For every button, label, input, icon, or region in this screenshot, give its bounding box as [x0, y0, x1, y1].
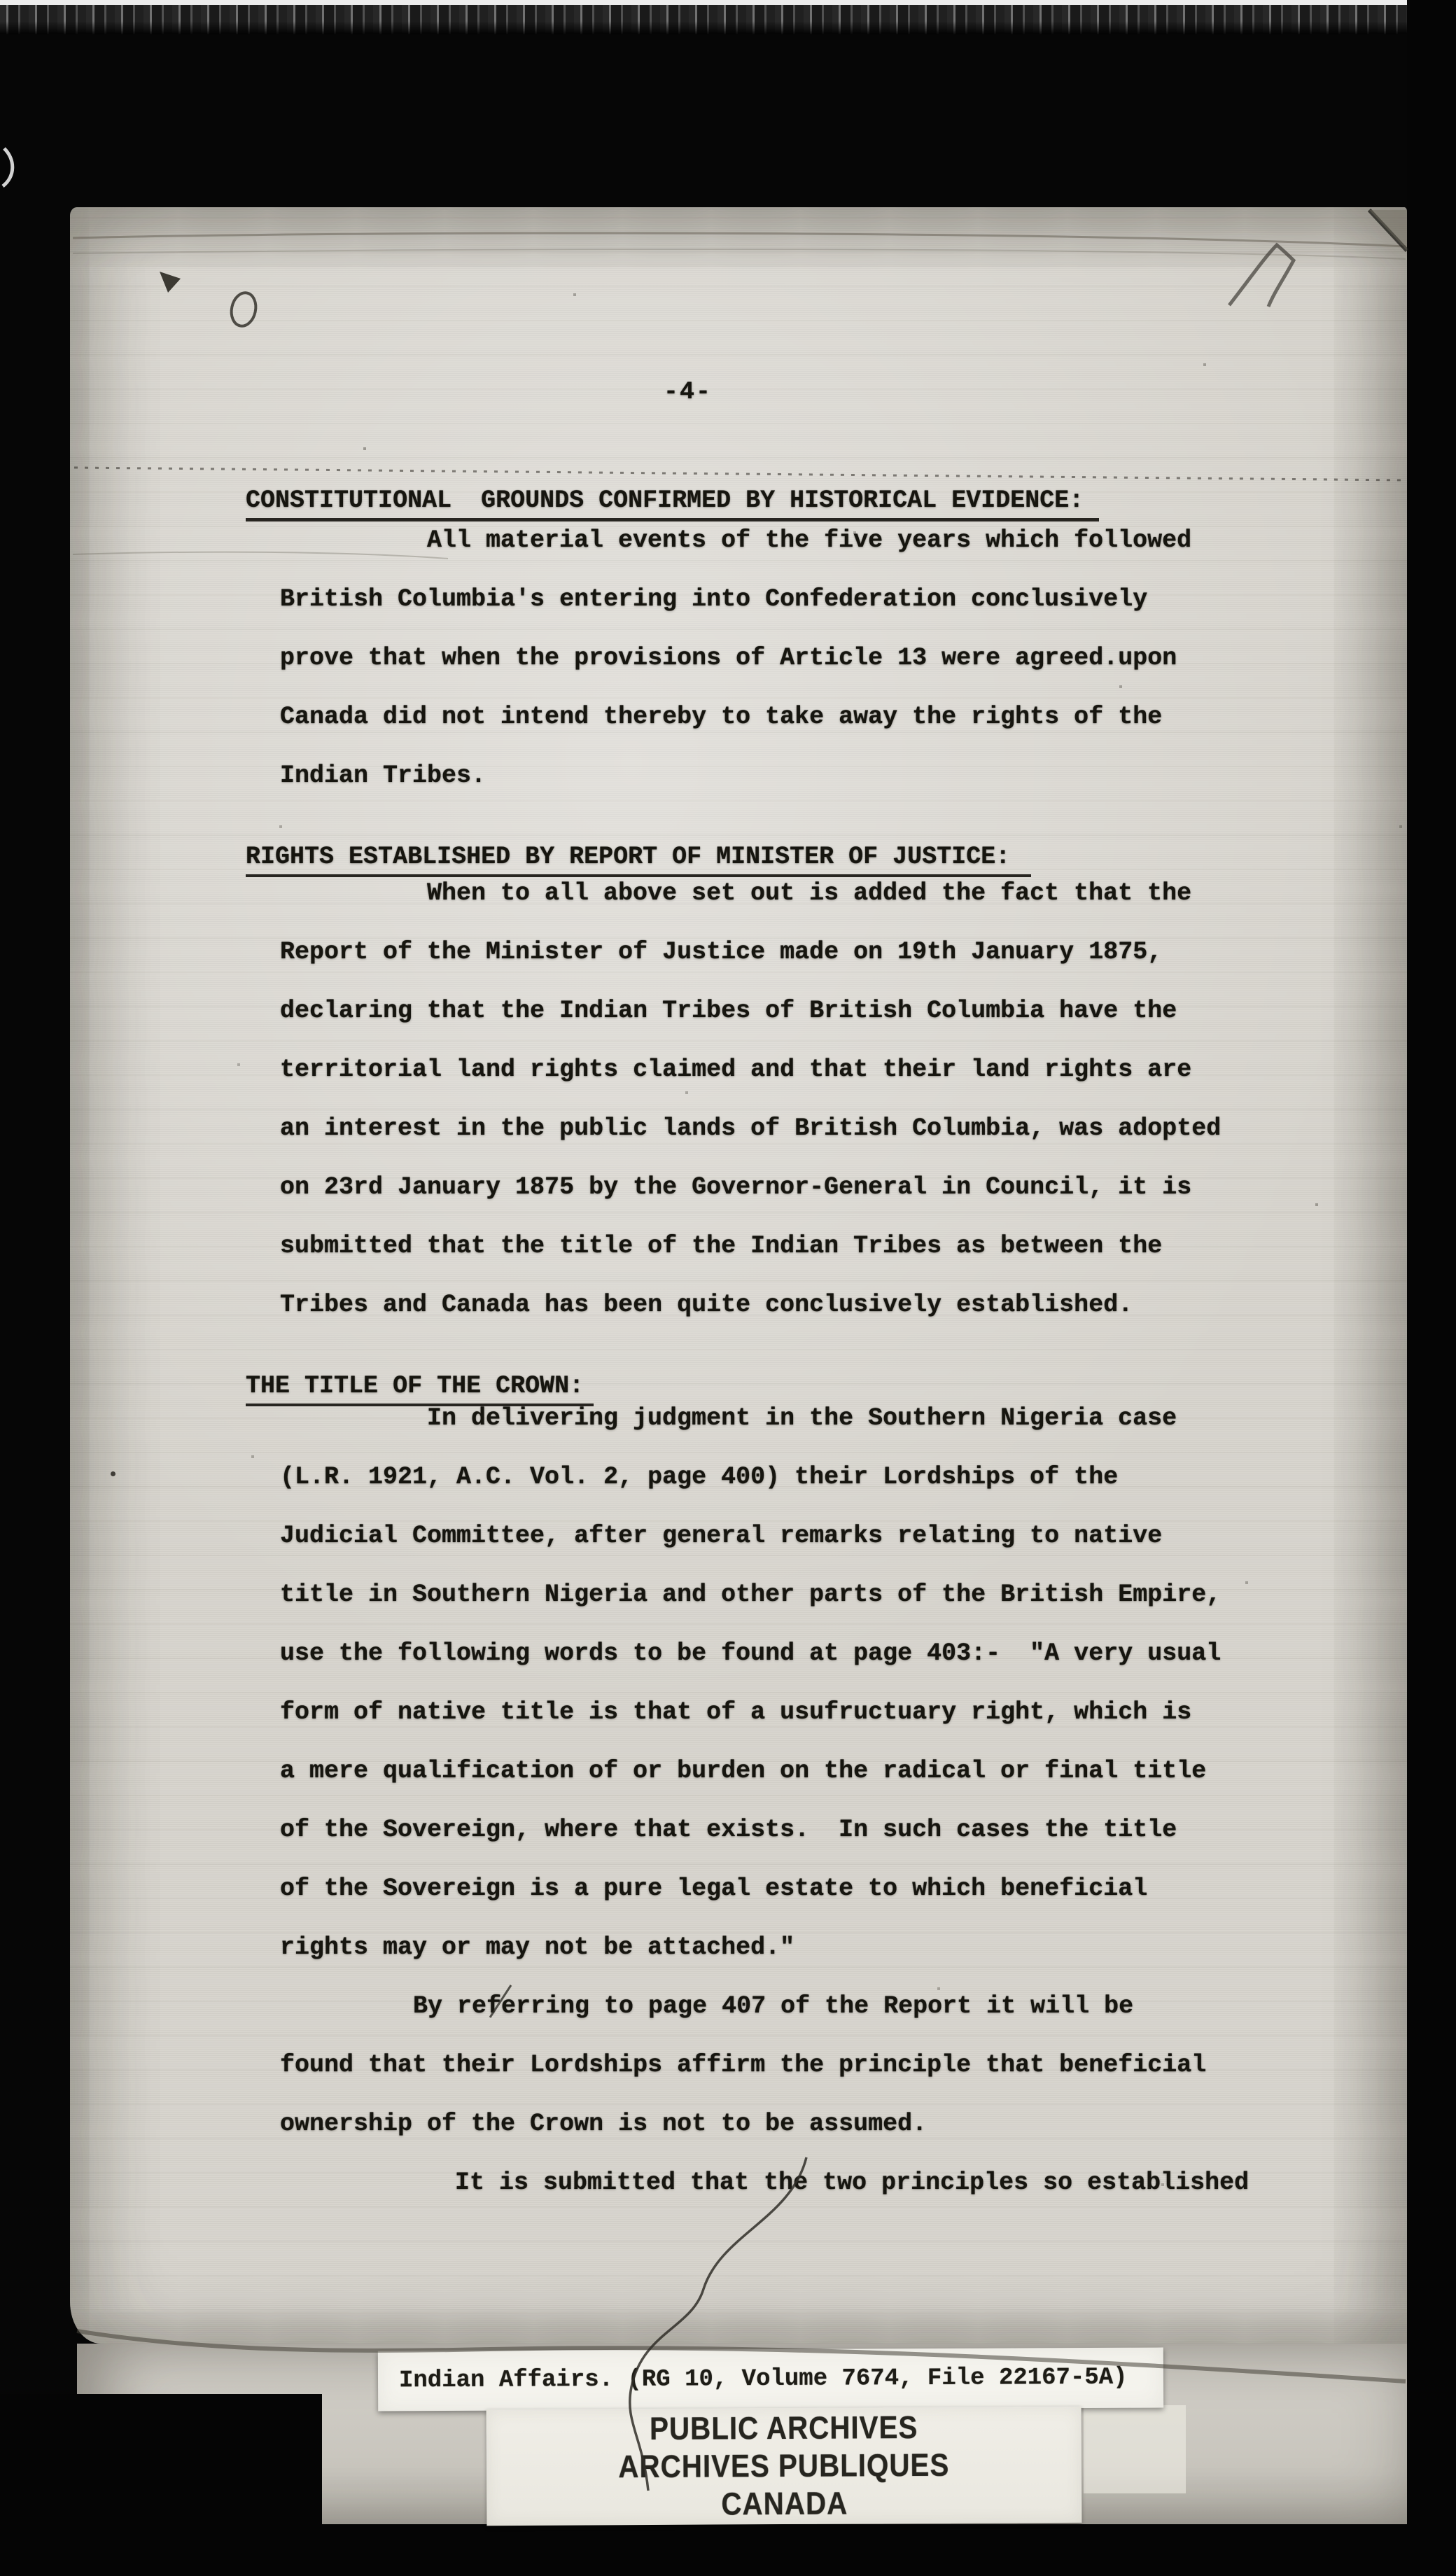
right-black-margin [1407, 0, 1456, 2576]
typed-line: territorial land rights claimed and that… [280, 1056, 1191, 1084]
film-notch-mark [3, 148, 13, 186]
typed-line: declaring that the Indian Tribes of Brit… [280, 997, 1177, 1025]
typed-line: prove that when the provisions of Articl… [280, 644, 1177, 672]
typed-line: of the Sovereign is a pure legal estate … [280, 1875, 1147, 1903]
typed-line: on 23rd January 1875 by the Governor-Gen… [280, 1173, 1191, 1201]
typed-line: an interest in the public lands of Briti… [280, 1114, 1221, 1142]
typed-line: Report of the Minister of Justice made o… [280, 938, 1162, 966]
stamp-line-2: ARCHIVES PUBLIQUES [618, 2448, 949, 2484]
typed-line: Indian Tribes. [280, 762, 486, 790]
microfilm-scan: -4- CONSTITUTIONAL GROUNDS CONFIRMED BY … [0, 0, 1456, 2576]
typed-line: a mere qualification of or burden on the… [280, 1757, 1206, 1785]
typed-line: ownership of the Crown is not to be assu… [280, 2110, 927, 2138]
typed-line: Tribes and Canada has been quite conclus… [280, 1291, 1133, 1319]
scanned-page: -4- CONSTITUTIONAL GROUNDS CONFIRMED BY … [70, 207, 1407, 2344]
archival-reference-label: Indian Affairs. (RG 10, Volume 7674, Fil… [378, 2348, 1163, 2411]
heading-underline: CONSTITUTIONAL GROUNDS CONFIRMED BY HIST… [246, 486, 1099, 521]
typed-line: By referring to page 407 of the Report i… [413, 1992, 1133, 2020]
film-edge-highlight [0, 0, 1456, 5]
typed-line: use the following words to be found at p… [280, 1639, 1221, 1667]
typed-line: British Columbia's entering into Confede… [280, 585, 1147, 613]
archives-stamp: PUBLIC ARCHIVES ARCHIVES PUBLIQUES CANAD… [486, 2407, 1082, 2526]
archival-reference-text: Indian Affairs. (RG 10, Volume 7674, Fil… [378, 2364, 1128, 2395]
typed-line: When to all above set out is added the f… [427, 879, 1191, 907]
typed-line: Judicial Committee, after general remark… [280, 1522, 1162, 1550]
typed-line: form of native title is that of a usufru… [280, 1698, 1191, 1726]
stray-ink-dot [111, 1471, 115, 1476]
film-edge-strip [0, 5, 1456, 34]
typed-line: It is submitted that the two principles … [455, 2169, 1249, 2197]
typed-line: (L.R. 1921, A.C. Vol. 2, page 400) their… [280, 1463, 1118, 1491]
typed-line: title in Southern Nigeria and other part… [280, 1581, 1221, 1609]
stamp-line-3: CANADA [721, 2486, 848, 2522]
typed-line: of the Sovereign, where that exists. In … [280, 1816, 1177, 1844]
page-number: -4- [664, 378, 712, 406]
bottom-black-band [0, 2524, 1456, 2576]
stamp-line-1: PUBLIC ARCHIVES [650, 2410, 918, 2446]
typed-line: found that their Lordships affirm the pr… [280, 2051, 1206, 2079]
typed-line: Canada did not intend thereby to take aw… [280, 703, 1162, 731]
dust-specks [70, 207, 71, 209]
heading-underline: THE TITLE OF THE CROWN: [246, 1372, 594, 1406]
typed-line: submitted that the title of the Indian T… [280, 1232, 1162, 1260]
typed-line: rights may or may not be attached." [280, 1933, 794, 1961]
typed-line: In delivering judgment in the Southern N… [427, 1404, 1177, 1432]
faded-label-patch [1084, 2405, 1186, 2493]
heading-underline: RIGHTS ESTABLISHED BY REPORT OF MINISTER… [246, 843, 1031, 877]
typed-line: All material events of the five years wh… [427, 526, 1191, 554]
